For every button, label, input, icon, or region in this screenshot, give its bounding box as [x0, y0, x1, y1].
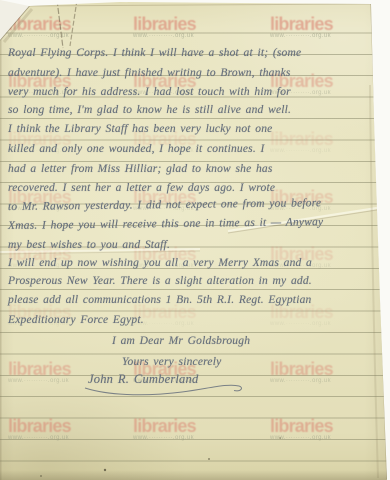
letter-line: very much for his address. I had lost to…	[8, 86, 291, 98]
letter-paper: librarieswww.··········.org.uklibrariesw…	[0, 0, 390, 480]
letter-line: my best wishes to you and Staff.	[8, 239, 170, 251]
ink-speck	[40, 475, 42, 477]
closing-salutation: I am Dear Mr Goldsbrough	[112, 335, 250, 347]
ink-speck	[104, 469, 106, 471]
letter-line: killed and only one wounded, I hope it c…	[8, 143, 265, 155]
letter-line: Expeditionary Force Egypt.	[8, 314, 144, 326]
letter-line: to Mr. Rawson yesterday. I did not expec…	[8, 197, 321, 213]
letter-line: I will end up now wishing you all a very…	[8, 257, 312, 269]
signature-flourish	[82, 380, 252, 400]
letter-line: so long time, I'm glad to know he is sti…	[8, 104, 291, 116]
letter-line: please add all communications 1 Bn. 5th …	[8, 294, 312, 306]
scanned-letter-page: librarieswww.··········.org.uklibrariesw…	[0, 0, 390, 480]
letter-line: Xmas. I hope you will receive this one i…	[8, 216, 323, 232]
letter-line: had a letter from Miss Hilliar; glad to …	[8, 163, 273, 175]
letter-line: adventure). I have just finished writing…	[8, 67, 291, 79]
closing-valediction: Yours very sincerely	[122, 356, 221, 368]
letter-line: I think the Library Staff has been very …	[8, 123, 272, 135]
letter-line: recovered. I sent her a letter a few day…	[8, 182, 275, 194]
letter-line: Prosperous New Year. There is a slight a…	[8, 275, 312, 287]
letter-line: Royal Flying Corps. I think I will have …	[8, 47, 301, 59]
letter-body: Royal Flying Corps. I think I will have …	[0, 0, 390, 480]
